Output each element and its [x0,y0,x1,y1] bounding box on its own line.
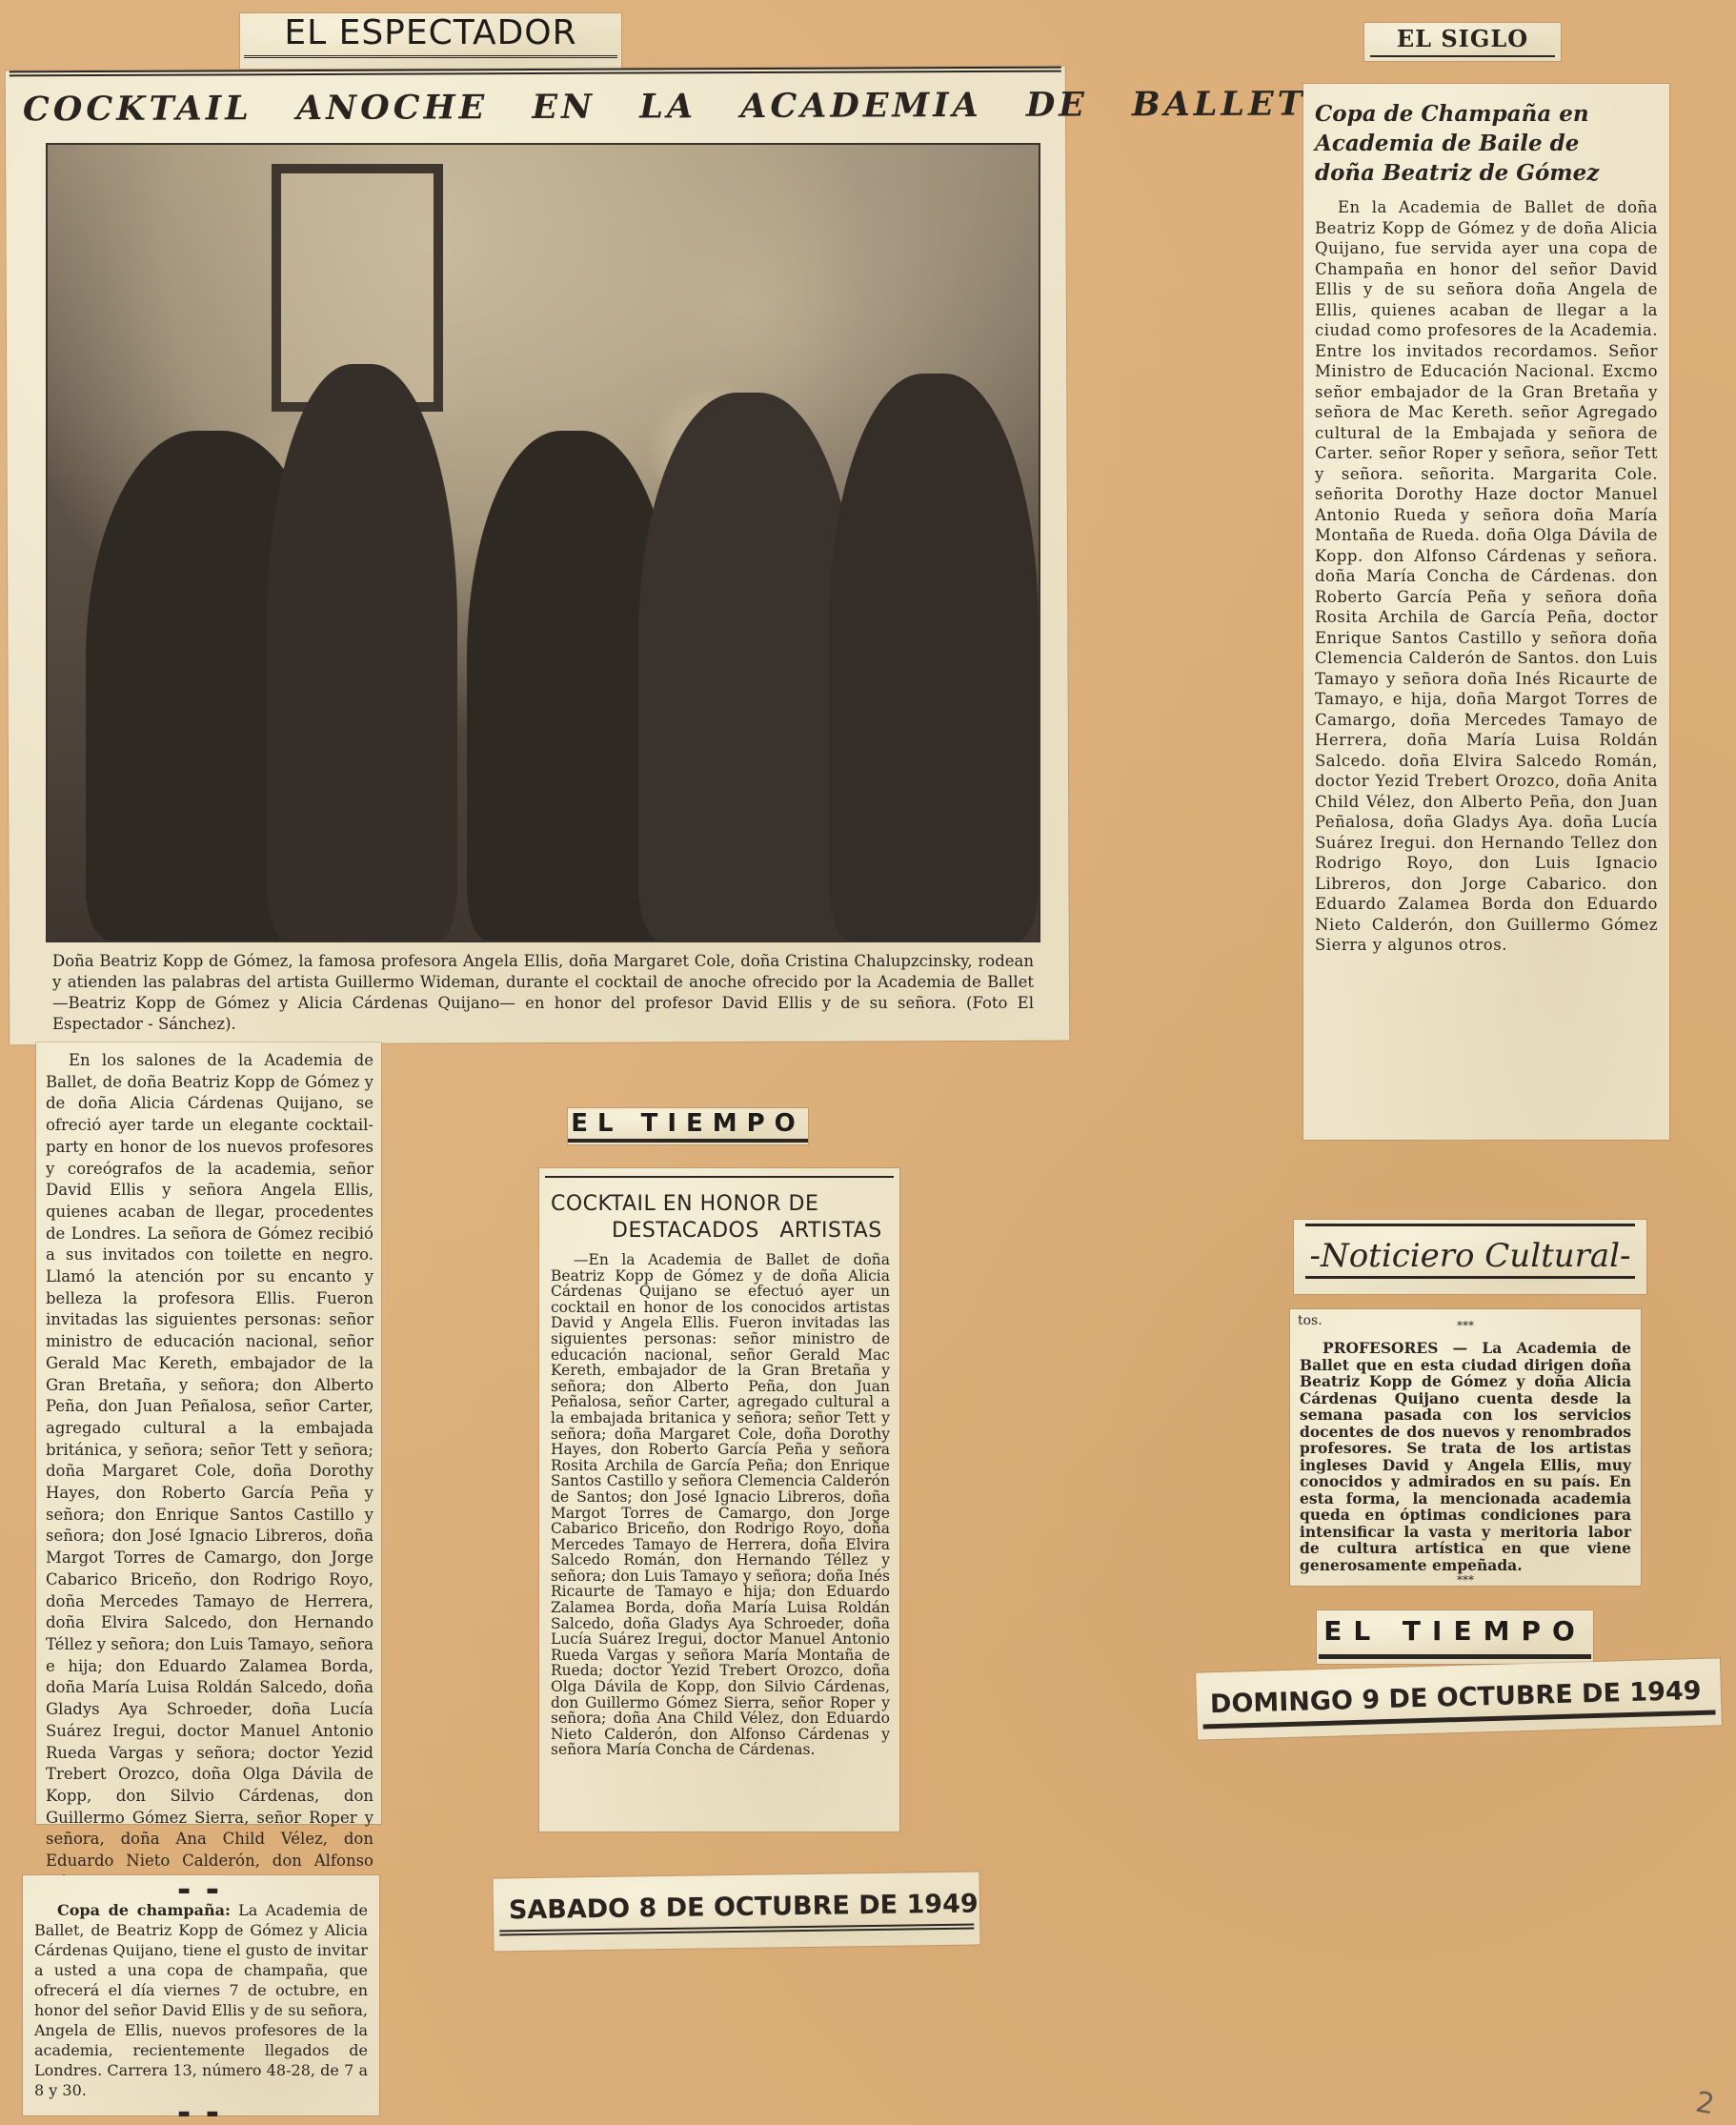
ornament-bottom: ▬ ▬ [23,2100,379,2121]
el-espectador-headline: COCKTAIL ANOCHE EN LA ACADEMIA DE BALLET [6,72,1065,130]
figure-woman-smiling [638,393,858,941]
el-tiempo-headline: COCKTAIL EN HONOR DE DESTACADOS ARTISTAS [539,1178,899,1252]
masthead-rule [568,1139,808,1143]
el-siglo-article-clipping: Copa de Champaña en Academia de Baile de… [1303,84,1669,1140]
masthead-rule [1319,1654,1591,1659]
el-tiempo-masthead-clipping-2: EL TIEMPO [1317,1610,1593,1664]
invitation-body: Copa de champaña: La Academia de Ballet,… [23,1898,379,2100]
el-espectador-masthead-clipping: EL ESPECTADOR [240,13,621,69]
el-espectador-body: En los salones de la Academia de Ballet,… [36,1042,381,1893]
noticiero-cultural-masthead: -Noticiero Cultural- [1294,1226,1646,1285]
end-separator-stars: *** [1290,1573,1641,1587]
el-siglo-masthead: EL SIGLO [1364,23,1561,55]
separator-stars: *** [1290,1319,1641,1332]
photo-caption: Doña Beatriz Kopp de Gómez, la famosa pr… [52,951,1034,1035]
profesores-lead: PROFESORES — [1322,1339,1467,1357]
el-siglo-body: En la Academia de Ballet de doña Beatriz… [1303,197,1669,956]
masthead-rule [1370,55,1555,57]
el-espectador-body-clipping: En los salones de la Academia de Ballet,… [36,1042,381,1824]
invitation-lead: Copa de champaña: [57,1901,231,1919]
el-espectador-masthead: EL ESPECTADOR [240,13,621,53]
el-siglo-masthead-clipping: EL SIGLO [1364,23,1561,61]
figure-woman-hat [267,364,457,941]
date-saturday-clipping: SABADO 8 DE OCTUBRE DE 1949 [493,1872,979,1951]
el-siglo-headline: Copa de Champaña en Academia de Baile de… [1303,84,1669,197]
date-sunday-clipping: DOMINGO 9 DE OCTUBRE DE 1949 [1196,1658,1722,1739]
noticiero-cultural-clipping: tos. *** PROFESORES — La Academia de Bal… [1290,1309,1641,1586]
el-tiempo-masthead-2: EL TIEMPO [1317,1610,1593,1652]
masthead-rule [244,55,617,58]
date-saturday: SABADO 8 DE OCTUBRE DE 1949 [493,1872,979,1930]
el-tiempo-body: —En la Academia de Ballet de doña Beatri… [539,1252,899,1758]
news-photo [46,143,1040,942]
invitation-clipping: ▬ ▬ Copa de champaña: La Academia de Bal… [23,1875,379,2115]
el-tiempo-masthead-clipping-1: EL TIEMPO [568,1108,808,1144]
el-tiempo-masthead-1: EL TIEMPO [568,1108,808,1139]
page-number-mark: 2 [1693,2086,1717,2122]
el-tiempo-article-clipping: COCKTAIL EN HONOR DE DESTACADOS ARTISTAS… [539,1168,899,1832]
ornament-top: ▬ ▬ [23,1875,379,1898]
figure-man-right [829,374,1039,941]
noticiero-cultural-masthead-clipping: -Noticiero Cultural- [1294,1220,1646,1294]
noticiero-cultural-body: PROFESORES — La Academia de Ballet que e… [1290,1332,1641,1573]
